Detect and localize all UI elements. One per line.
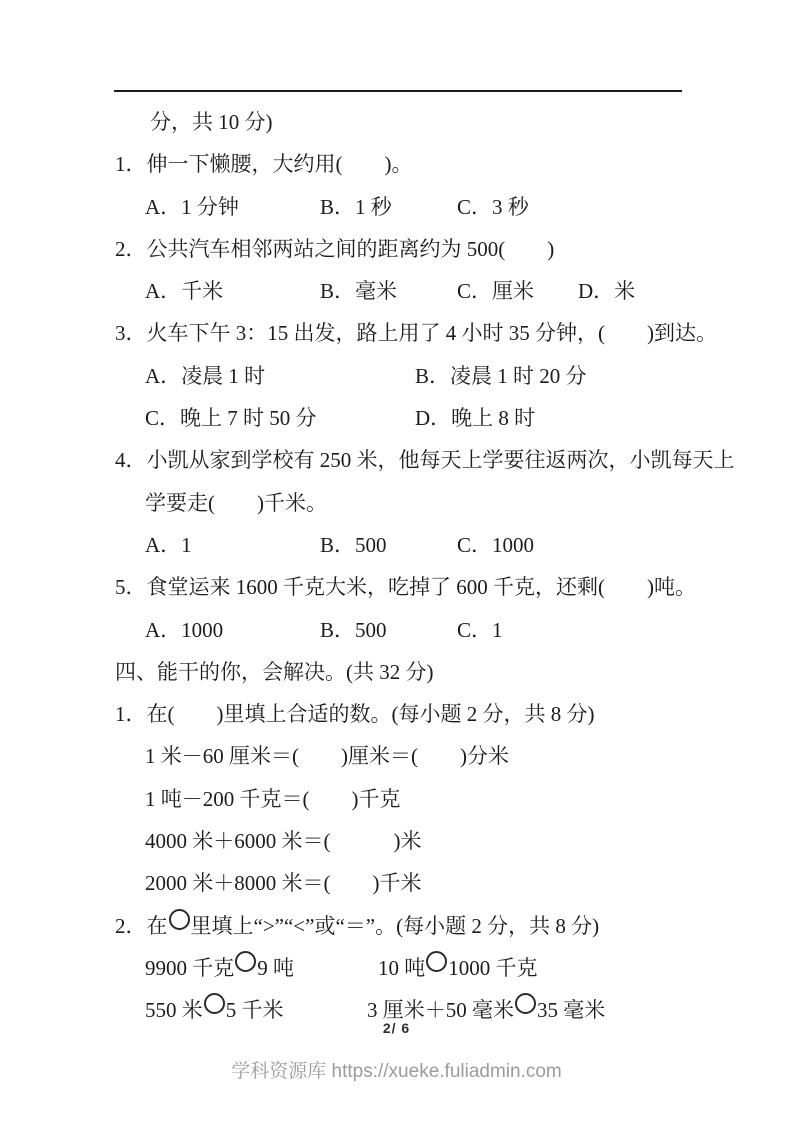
option-label: B．500	[320, 524, 387, 566]
comparison-left: 10 吨	[378, 956, 425, 980]
option-label: D．米	[578, 270, 635, 312]
question-3-options-row-2: C．晚上 7 时 50 分 D．晚上 8 时	[115, 397, 715, 439]
option-label: C．1	[457, 609, 503, 651]
section-four-question-2: 2．在里填上“>”“<”或“＝”。(每小题 2 分，共 8 分)	[115, 905, 715, 947]
question-stem: 4．小凯从家到学校有 250 米，他每天上学要往返两次，小凯每天上	[115, 439, 735, 481]
fill-item: 1 米－60 厘米＝( )厘米＝( )分米	[145, 735, 509, 777]
question-1-options: A．1 分钟 B．1 秒 C．3 秒	[115, 186, 715, 228]
section-four-question-1: 1．在( )里填上合适的数。(每小题 2 分，共 8 分)	[115, 693, 715, 735]
option-label: A．1	[145, 524, 192, 566]
circle-blank	[204, 993, 225, 1014]
section-title: 四、能干的你，会解决。(共 32 分)	[115, 651, 434, 693]
option-label: A．凌晨 1 时	[145, 355, 265, 397]
option-label: C．厘米	[457, 270, 534, 312]
fill-item-row: 1 米－60 厘米＝( )厘米＝( )分米	[115, 735, 715, 777]
circle-blank	[169, 909, 190, 930]
stem-prefix: 2．在	[115, 914, 168, 938]
comparison-right: 35 毫米	[537, 998, 605, 1022]
circle-blank	[426, 951, 447, 972]
option-label: A．千米	[145, 270, 223, 312]
option-label: C．晚上 7 时 50 分	[145, 397, 317, 439]
option-label: C．3 秒	[457, 186, 529, 228]
option-label: A．1000	[145, 609, 223, 651]
option-label: B．毫米	[320, 270, 397, 312]
comparison-right: 5 千米	[226, 998, 284, 1022]
fill-item-row: 1 吨－200 千克＝( )千克	[115, 778, 715, 820]
question-2: 2．公共汽车相邻两站之间的距离约为 500( )	[115, 228, 715, 270]
question-4-options: A．1 B．500 C．1000	[115, 524, 715, 566]
header-rule	[114, 90, 682, 92]
comparison-right: 9 吨	[257, 956, 294, 980]
comparison-left: 3 厘米＋50 毫米	[367, 998, 514, 1022]
comparison-left: 9900 千克	[145, 956, 234, 980]
fill-item: 1 吨－200 千克＝( )千克	[145, 778, 401, 820]
question-1: 1．伸一下懒腰，大约用( )。	[115, 143, 715, 185]
question-3: 3．火车下午 3：15 出发，路上用了 4 小时 35 分钟，( )到达。	[115, 312, 715, 354]
comparison-item: 9900 千克9 吨	[145, 947, 294, 989]
comparison-left: 550 米	[145, 998, 203, 1022]
option-label: D．晚上 8 时	[415, 397, 535, 439]
question-4-line-2: 学要走( )千米。	[115, 482, 715, 524]
comparison-right: 1000 千克	[448, 956, 537, 980]
comparison-row-1: 9900 千克9 吨 10 吨1000 千克	[115, 947, 715, 989]
question-3-options-row-1: A．凌晨 1 时 B．凌晨 1 时 20 分	[115, 355, 715, 397]
question-4-line-1: 4．小凯从家到学校有 250 米，他每天上学要往返两次，小凯每天上	[115, 439, 715, 481]
question-stem: 1．伸一下懒腰，大约用( )。	[115, 143, 413, 185]
question-2-options: A．千米 B．毫米 C．厘米 D．米	[115, 270, 715, 312]
question-stem-continued: 学要走( )千米。	[145, 482, 327, 524]
stem-suffix: 里填上“>”“<”或“＝”。(每小题 2 分，共 8 分)	[191, 914, 600, 938]
question-stem: 1．在( )里填上合适的数。(每小题 2 分，共 8 分)	[115, 693, 594, 735]
question-stem: 5．食堂运来 1600 千克大米，吃掉了 600 千克，还剩( )吨。	[115, 566, 696, 608]
option-label: B．500	[320, 609, 387, 651]
comparison-item: 10 吨1000 千克	[378, 947, 538, 989]
option-label: A．1 分钟	[145, 186, 239, 228]
question-5-options: A．1000 B．500 C．1	[115, 609, 715, 651]
fill-item: 2000 米＋8000 米＝( )千米	[145, 862, 422, 904]
question-stem: 2．公共汽车相邻两站之间的距离约为 500( )	[115, 228, 554, 270]
question-5: 5．食堂运来 1600 千克大米，吃掉了 600 千克，还剩( )吨。	[115, 566, 715, 608]
question-stem: 3．火车下午 3：15 出发，路上用了 4 小时 35 分钟，( )到达。	[115, 312, 717, 354]
test-paper-content: 分，共 10 分) 1．伸一下懒腰，大约用( )。 A．1 分钟 B．1 秒 C…	[115, 101, 715, 1032]
circle-blank	[235, 951, 256, 972]
header-carryover-text: 分，共 10 分)	[150, 101, 273, 143]
section-three-header-carryover-line: 分，共 10 分)	[115, 101, 715, 143]
question-stem: 2．在里填上“>”“<”或“＝”。(每小题 2 分，共 8 分)	[115, 905, 599, 947]
option-label: B．凌晨 1 时 20 分	[415, 355, 587, 397]
option-label: C．1000	[457, 524, 534, 566]
fill-item: 4000 米＋6000 米＝( )米	[145, 820, 422, 862]
section-four-title-line: 四、能干的你，会解决。(共 32 分)	[115, 651, 715, 693]
watermark: 学科资源库 https://xueke.fuliadmin.com	[0, 1056, 793, 1083]
circle-blank	[515, 993, 536, 1014]
fill-item-row: 2000 米＋8000 米＝( )千米	[115, 862, 715, 904]
option-label: B．1 秒	[320, 186, 392, 228]
fill-item-row: 4000 米＋6000 米＝( )米	[115, 820, 715, 862]
page-number: 2/ 6	[0, 1020, 793, 1036]
document-page: 分，共 10 分) 1．伸一下懒腰，大约用( )。 A．1 分钟 B．1 秒 C…	[0, 0, 793, 1122]
